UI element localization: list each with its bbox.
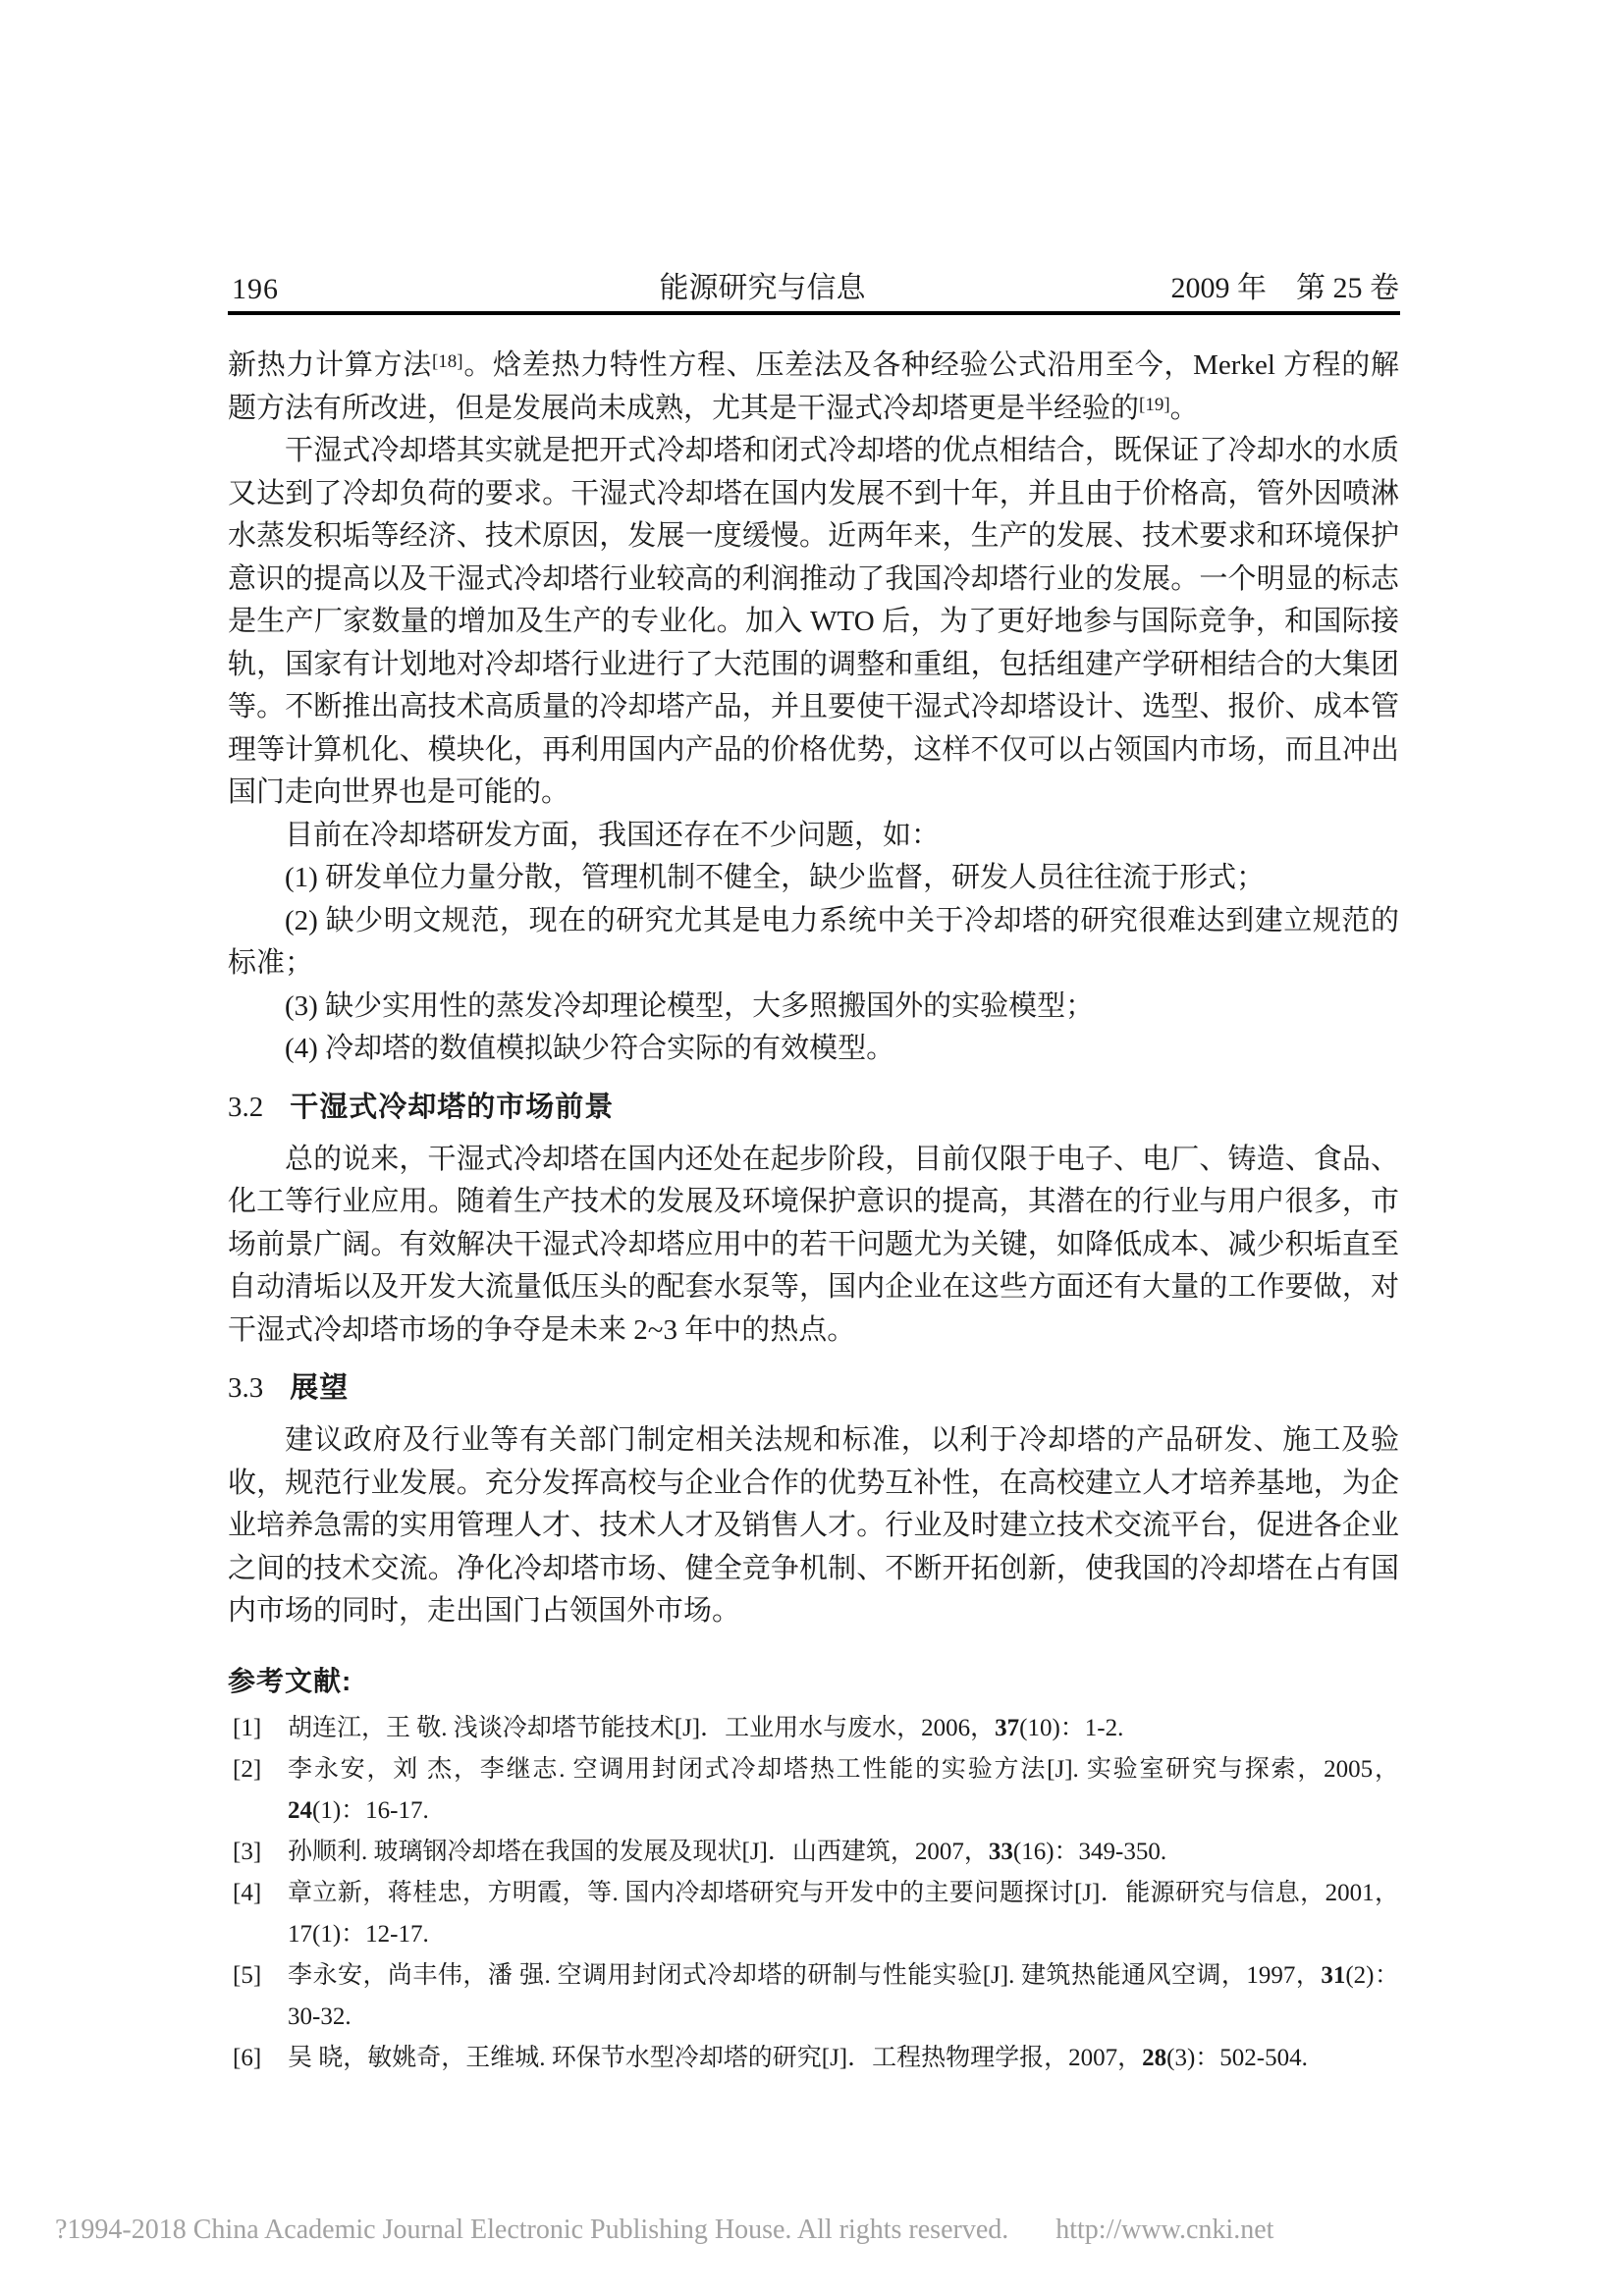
reference-label: [6] — [233, 2038, 261, 2079]
footer-url: http://www.cnki.net — [1055, 2215, 1273, 2245]
reference-item: [3] 孙顺利. 玻璃钢冷却塔在我国的发展及现状[J]．山西建筑，2007，33… — [228, 1832, 1399, 1873]
paragraph-drywet-overview: 干湿式冷却塔其实就是把开式冷却塔和闭式冷却塔的优点相结合，既保证了冷却水的水质又… — [228, 430, 1399, 815]
copyright-text: ?1994-2018 China Academic Journal Electr… — [55, 2215, 1008, 2245]
page-number: 196 — [232, 273, 279, 306]
reference-citation: 孙顺利. 玻璃钢冷却塔在我国的发展及现状[J]．山西建筑，2007， — [288, 1839, 989, 1865]
section-title: 展望 — [290, 1372, 349, 1404]
reference-label: [4] — [233, 1873, 261, 1914]
reference-text: 章立新，蒋桂忠，方明霞，等. 国内冷却塔研究与开发中的主要问题探讨[J]．能源研… — [288, 1880, 1399, 1948]
section-number: 3.2 — [228, 1092, 263, 1123]
paragraph-prospect: 建议政府及行业等有关部门制定相关法规和标准，以利于冷却塔的产品研发、施工及验收，… — [228, 1419, 1399, 1633]
reference-volume: 31 — [1321, 1962, 1345, 1989]
reference-text: 吴 晓，敏姚奇，王维城. 环保节水型冷却塔的研究[J]．工程热物理学报，2007… — [288, 2045, 1308, 2071]
reference-volume: 33 — [989, 1839, 1013, 1865]
reference-citation: 吴 晓，敏姚奇，王维城. 环保节水型冷却塔的研究[J]．工程热物理学报，2007… — [288, 2045, 1142, 2071]
reference-pages: (3)：502-504. — [1166, 2045, 1308, 2071]
problem-item-4: (4) 冷却塔的数值模拟缺少符合实际的有效模型。 — [228, 1028, 1399, 1071]
problem-item-2: (2) 缺少明文规范，现在的研究尤其是电力系统中关于冷却塔的研究很难达到建立规范… — [228, 900, 1399, 986]
reference-text: 李永安，刘 杰，李继志. 空调用封闭式冷却塔热工性能的实验方法[J]. 实验室研… — [288, 1756, 1399, 1824]
reference-citation: 李永安，刘 杰，李继志. 空调用封闭式冷却塔热工性能的实验方法[J]. 实验室研… — [288, 1756, 1399, 1783]
section-title: 干湿式冷却塔的市场前景 — [290, 1092, 614, 1123]
reference-pages: (16)：349-350. — [1013, 1839, 1166, 1865]
reference-text: 李永安，尚丰伟，潘 强. 空调用封闭式冷却塔的研制与性能实验[J]. 建筑热能通… — [288, 1962, 1399, 2030]
journal-page: 196 能源研究与信息 2009 年 第 25 卷 新热力计算方法[18]。焓差… — [0, 0, 1623, 2296]
section-heading-3-3: 3.3展望 — [228, 1366, 1399, 1410]
article-body: 新热力计算方法[18]。焓差热力特性方程、压差法及各种经验公式沿用至今，Merk… — [228, 345, 1399, 2079]
reference-volume: 37 — [995, 1715, 1019, 1741]
section-number: 3.3 — [228, 1372, 263, 1404]
reference-volume: 28 — [1142, 2045, 1166, 2071]
reference-label: [1] — [233, 1708, 261, 1749]
issue-info: 2009 年 第 25 卷 — [1171, 263, 1400, 306]
journal-title: 能源研究与信息 — [660, 263, 866, 306]
paragraph-continued: 新热力计算方法[18]。焓差热力特性方程、压差法及各种经验公式沿用至今，Merk… — [228, 345, 1399, 430]
reference-volume: 24 — [288, 1797, 312, 1824]
paragraph-text: 新热力计算方法 — [228, 349, 432, 381]
reference-citation: 章立新，蒋桂忠，方明霞，等. 国内冷却塔研究与开发中的主要问题探讨[J]．能源研… — [288, 1880, 1399, 1948]
paragraph-problems-intro: 目前在冷却塔研发方面，我国还存在不少问题，如： — [228, 815, 1399, 858]
reference-citation: 胡连江，王 敬. 浅谈冷却塔节能技术[J]．工业用水与废水，2006， — [288, 1715, 995, 1741]
reference-item: [6] 吴 晓，敏姚奇，王维城. 环保节水型冷却塔的研究[J]．工程热物理学报，… — [228, 2038, 1399, 2079]
reference-label: [3] — [233, 1832, 261, 1873]
reference-pages: (1)：16-17. — [312, 1797, 429, 1824]
reference-item: [5] 李永安，尚丰伟，潘 强. 空调用封闭式冷却塔的研制与性能实验[J]. 建… — [228, 1955, 1399, 2038]
reference-citation: 李永安，尚丰伟，潘 强. 空调用封闭式冷却塔的研制与性能实验[J]. 建筑热能通… — [288, 1962, 1321, 1989]
problem-item-1: (1) 研发单位力量分散，管理机制不健全，缺少监督，研发人员往往流于形式； — [228, 857, 1399, 900]
citation-ref-18: [18] — [432, 351, 463, 372]
page-header: 196 能源研究与信息 2009 年 第 25 卷 — [228, 267, 1399, 308]
reference-item: [4] 章立新，蒋桂忠，方明霞，等. 国内冷却塔研究与开发中的主要问题探讨[J]… — [228, 1873, 1399, 1955]
reference-text: 孙顺利. 玻璃钢冷却塔在我国的发展及现状[J]．山西建筑，2007，33(16)… — [288, 1839, 1166, 1865]
reference-item: [1] 胡连江，王 敬. 浅谈冷却塔节能技术[J]．工业用水与废水，2006，3… — [228, 1708, 1399, 1749]
citation-ref-19: [19] — [1139, 395, 1170, 415]
reference-pages: (10)：1-2. — [1019, 1715, 1123, 1741]
paragraph-market-outlook: 总的说来，干湿式冷却塔在国内还处在起步阶段，目前仅限于电子、电厂、铸造、食品、化… — [228, 1139, 1399, 1353]
references-list: [1] 胡连江，王 敬. 浅谈冷却塔节能技术[J]．工业用水与废水，2006，3… — [228, 1708, 1399, 2079]
reference-label: [2] — [233, 1749, 261, 1790]
paragraph-text: 。 — [1170, 393, 1199, 424]
header-rule — [228, 311, 1400, 315]
reference-label: [5] — [233, 1955, 261, 1997]
reference-item: [2] 李永安，刘 杰，李继志. 空调用封闭式冷却塔热工性能的实验方法[J]. … — [228, 1749, 1399, 1832]
reference-text: 胡连江，王 敬. 浅谈冷却塔节能技术[J]．工业用水与废水，2006，37(10… — [288, 1715, 1123, 1741]
section-heading-3-2: 3.2干湿式冷却塔的市场前景 — [228, 1086, 1399, 1129]
page-footer: ?1994-2018 China Academic Journal Electr… — [55, 2215, 1273, 2246]
problem-item-3: (3) 缺少实用性的蒸发冷却理论模型，大多照搬国外的实验模型； — [228, 986, 1399, 1029]
references-heading: 参考文献: — [228, 1660, 1399, 1703]
